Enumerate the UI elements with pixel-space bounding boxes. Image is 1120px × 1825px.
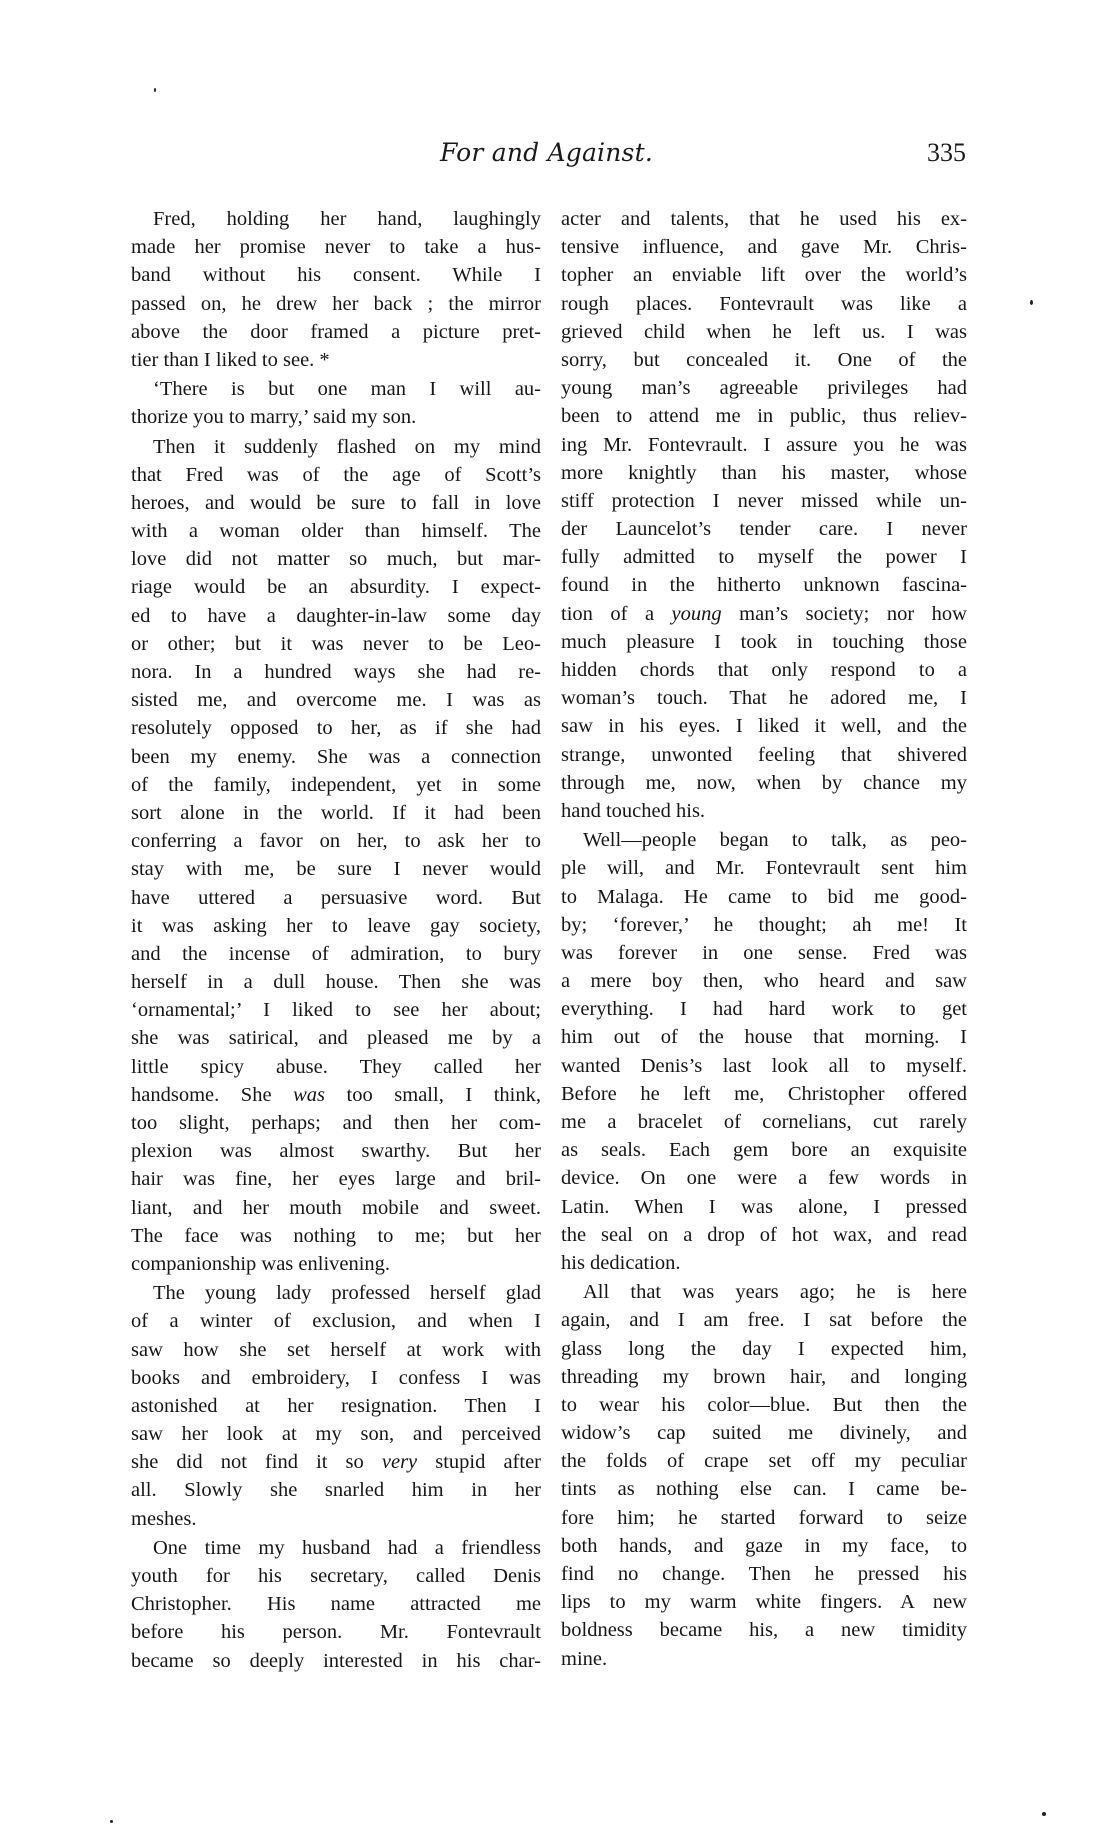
- text-segment: too small, I think,: [325, 1084, 541, 1106]
- text-line: his dedication.: [561, 1249, 967, 1277]
- text-line: hand touched his.: [561, 797, 967, 825]
- text-segment: stupid after: [417, 1451, 541, 1473]
- text-line: everything. I had hard work to get: [561, 995, 967, 1023]
- text-line: Then it suddenly flashed on my mind: [131, 433, 541, 461]
- text-line: tints as nothing else can. I came be-: [561, 1475, 967, 1503]
- text-line: tensive influence, and gave Mr. Chris-: [561, 233, 967, 261]
- text-line: passed on, he drew her back ; the mirror: [131, 290, 541, 318]
- text-line: little spicy abuse. They called her: [131, 1053, 541, 1081]
- text-segment: tion of a: [561, 603, 672, 625]
- text-line: and the incense of admiration, to bury: [131, 940, 541, 968]
- text-line: thorize you to marry,’ said my son.: [131, 403, 541, 431]
- text-line: by; ‘forever,’ he thought; ah me! It: [561, 911, 967, 939]
- text-line: widow’s cap suited me divinely, and: [561, 1419, 967, 1447]
- running-title: For and Against.: [440, 138, 653, 167]
- text-line: it was asking her to leave gay society,: [131, 912, 541, 940]
- text-line: before his person. Mr. Fontevrault: [131, 1618, 541, 1646]
- text-line: glass long the day I expected him,: [561, 1335, 967, 1363]
- text-segment: handsome. She: [131, 1084, 293, 1106]
- text-line: acter and talents, that he used his ex-: [561, 205, 967, 233]
- left-column: Fred, holding her hand, laughinglymade h…: [131, 205, 541, 1675]
- text-line: The young lady professed herself glad: [131, 1279, 541, 1307]
- text-line: handsome. She was too small, I think,: [131, 1081, 541, 1109]
- text-line: hidden chords that only respond to a: [561, 656, 967, 684]
- text-line: more knightly than his master, whose: [561, 459, 967, 487]
- text-line: youth for his secretary, called Denis: [131, 1562, 541, 1590]
- text-line: to Malaga. He came to bid me good-: [561, 883, 967, 911]
- page-number: 335: [927, 138, 966, 168]
- text-line: The face was nothing to me; but her: [131, 1222, 541, 1250]
- text-line: resolutely opposed to her, as if she had: [131, 714, 541, 742]
- text-line: topher an enviable lift over the world’s: [561, 261, 967, 289]
- text-line: ing Mr. Fontevrault. I assure you he was: [561, 431, 967, 459]
- text-line: device. On one were a few words in: [561, 1164, 967, 1192]
- italic-emphasis: was: [293, 1084, 325, 1106]
- text-line: ‘ornamental;’ I liked to see her about;: [131, 996, 541, 1024]
- text-line: woman’s touch. That he adored me, I: [561, 684, 967, 712]
- text-line: the seal on a drop of hot wax, and read: [561, 1221, 967, 1249]
- text-line: saw in his eyes. I liked it well, and th…: [561, 712, 967, 740]
- text-line: too slight, perhaps; and then her com-: [131, 1109, 541, 1137]
- text-line: sisted me, and overcome me. I was as: [131, 686, 541, 714]
- text-line: Fred, holding her hand, laughingly: [131, 205, 541, 233]
- text-line: to wear his color—blue. But then the: [561, 1391, 967, 1419]
- text-line: made her promise never to take a hus-: [131, 233, 541, 261]
- text-line: stay with me, be sure I never would: [131, 855, 541, 883]
- text-line: tion of a young man’s society; nor how: [561, 600, 967, 628]
- text-line: was forever in one sense. Fred was: [561, 939, 967, 967]
- text-line: find no change. Then he pressed his: [561, 1560, 967, 1588]
- text-line: Well—people began to talk, as peo-: [561, 826, 967, 854]
- text-line: saw her look at my son, and perceived: [131, 1420, 541, 1448]
- text-segment: she did not find it so: [131, 1451, 382, 1473]
- text-line: found in the hitherto unknown fascina-: [561, 571, 967, 599]
- text-line: lips to my warm white fingers. A new: [561, 1588, 967, 1616]
- text-line: ‘There is but one man I will au-: [131, 375, 541, 403]
- text-line: liant, and her mouth mobile and sweet.: [131, 1194, 541, 1222]
- text-line: astonished at her resignation. Then I: [131, 1392, 541, 1420]
- text-line: me a bracelet of cornelians, cut rarely: [561, 1108, 967, 1136]
- italic-emphasis: very: [382, 1451, 417, 1473]
- text-line: Latin. When I was alone, I pressed: [561, 1193, 967, 1221]
- text-line: books and embroidery, I confess I was: [131, 1364, 541, 1392]
- text-line: have uttered a persuasive word. But: [131, 884, 541, 912]
- text-line: ple will, and Mr. Fontevrault sent him: [561, 854, 967, 882]
- text-line: riage would be an absurdity. I expect-: [131, 573, 541, 601]
- text-line: mine.: [561, 1645, 967, 1673]
- right-column: acter and talents, that he used his ex-t…: [561, 205, 967, 1673]
- text-line: All that was years ago; he is here: [561, 1278, 967, 1306]
- text-line: wanted Denis’s last look all to myself.: [561, 1052, 967, 1080]
- text-line: again, and I am free. I sat before the: [561, 1306, 967, 1334]
- italic-emphasis: young: [672, 603, 722, 625]
- text-line: much pleasure I took in touching those: [561, 628, 967, 656]
- text-line: fully admitted to myself the power I: [561, 543, 967, 571]
- text-line: strange, unwonted feeling that shivered: [561, 741, 967, 769]
- scan-speck: [110, 1820, 113, 1823]
- text-line: meshes.: [131, 1505, 541, 1533]
- text-line: she did not find it so very stupid after: [131, 1448, 541, 1476]
- text-line: all. Slowly she snarled him in her: [131, 1476, 541, 1504]
- text-line: Before he left me, Christopher offered: [561, 1080, 967, 1108]
- scan-speck: [1030, 300, 1033, 305]
- text-line: above the door framed a picture pret-: [131, 318, 541, 346]
- scan-speck: [154, 88, 156, 92]
- text-line: that Fred was of the age of Scott’s: [131, 461, 541, 489]
- text-line: Christopher. His name attracted me: [131, 1590, 541, 1618]
- text-line: tier than I liked to see. *: [131, 346, 541, 374]
- text-line: threading my brown hair, and longing: [561, 1363, 967, 1391]
- text-line: both hands, and gaze in my face, to: [561, 1532, 967, 1560]
- text-segment: man’s society; nor how: [722, 603, 967, 625]
- text-line: rough places. Fontevrault was like a: [561, 290, 967, 318]
- text-line: the folds of crape set off my peculiar: [561, 1447, 967, 1475]
- running-head: For and Against. 335: [132, 138, 966, 174]
- text-line: conferring a favor on her, to ask her to: [131, 827, 541, 855]
- text-line: him out of the house that morning. I: [561, 1023, 967, 1051]
- text-line: a mere boy then, who heard and saw: [561, 967, 967, 995]
- text-line: she was satirical, and pleased me by a: [131, 1024, 541, 1052]
- text-line: young man’s agreeable privileges had: [561, 374, 967, 402]
- text-line: heroes, and would be sure to fall in lov…: [131, 489, 541, 517]
- text-line: band without his consent. While I: [131, 261, 541, 289]
- text-line: hair was fine, her eyes large and bril-: [131, 1165, 541, 1193]
- text-line: stiff protection I never missed while un…: [561, 487, 967, 515]
- text-line: through me, now, when by chance my: [561, 769, 967, 797]
- text-line: been my enemy. She was a connection: [131, 743, 541, 771]
- text-line: been to attend me in public, thus reliev…: [561, 402, 967, 430]
- text-line: of the family, independent, yet in some: [131, 771, 541, 799]
- text-line: sort alone in the world. If it had been: [131, 799, 541, 827]
- text-line: nora. In a hundred ways she had re-: [131, 658, 541, 686]
- text-line: One time my husband had a friendless: [131, 1534, 541, 1562]
- book-page: For and Against. 335 Fred, holding her h…: [0, 0, 1120, 1825]
- text-line: love did not matter so much, but mar-: [131, 545, 541, 573]
- text-line: der Launcelot’s tender care. I never: [561, 515, 967, 543]
- text-line: fore him; he started forward to seize: [561, 1504, 967, 1532]
- text-line: saw how she set herself at work with: [131, 1336, 541, 1364]
- text-line: as seals. Each gem bore an exquisite: [561, 1136, 967, 1164]
- scan-speck: [1042, 1812, 1046, 1816]
- text-line: plexion was almost swarthy. But her: [131, 1137, 541, 1165]
- text-line: boldness became his, a new timidity: [561, 1616, 967, 1644]
- text-line: or other; but it was never to be Leo-: [131, 630, 541, 658]
- text-line: of a winter of exclusion, and when I: [131, 1307, 541, 1335]
- text-line: with a woman older than himself. The: [131, 517, 541, 545]
- text-line: grieved child when he left us. I was: [561, 318, 967, 346]
- text-line: became so deeply interested in his char-: [131, 1647, 541, 1675]
- text-line: sorry, but concealed it. One of the: [561, 346, 967, 374]
- text-line: companionship was enlivening.: [131, 1250, 541, 1278]
- text-line: herself in a dull house. Then she was: [131, 968, 541, 996]
- text-line: ed to have a daughter-in-law some day: [131, 602, 541, 630]
